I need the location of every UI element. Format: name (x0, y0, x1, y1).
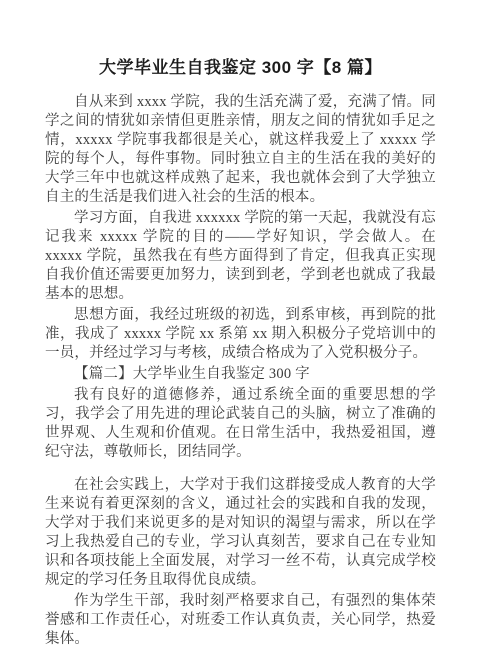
paragraph-4: 我有良好的道德修养，通过系统全面的重要思想的学习，我学会了用先进的理论武装自己的… (45, 386, 436, 462)
paragraph-6: 作为学生干部，我时刻严格要求自己，有强烈的集体荣誉感和工作责任心，对班委工作认真… (45, 592, 436, 647)
paragraph-1: 自从来到 xxxx 学院，我的生活充满了爱，充满了情。同学之间的情犹如亲情但更胜… (45, 93, 436, 207)
section-heading-part2: 【篇二】大学毕业生自我鉴定 300 字 (45, 365, 436, 384)
paragraph-3: 思想方面，我经过班级的初选，到系审核，再到院的批准，我成了 xxxxx 学院 x… (45, 306, 436, 363)
document-page: 大学毕业生自我鉴定 300 字【8 篇】 自从来到 xxxx 学院，我的生活充满… (0, 0, 500, 647)
document-title: 大学毕业生自我鉴定 300 字【8 篇】 (45, 58, 436, 78)
paragraph-5: 在社会实践上，大学对于我们这群接受成人教育的大学生来说有着更深刻的含义，通过社会… (45, 476, 436, 590)
paragraph-2: 学习方面，自我进 xxxxxx 学院的第一天起，我就没有忘记我来 xxxxx 学… (45, 209, 436, 304)
document-body: 自从来到 xxxx 学院，我的生活充满了爱，充满了情。同学之间的情犹如亲情但更胜… (45, 93, 436, 647)
